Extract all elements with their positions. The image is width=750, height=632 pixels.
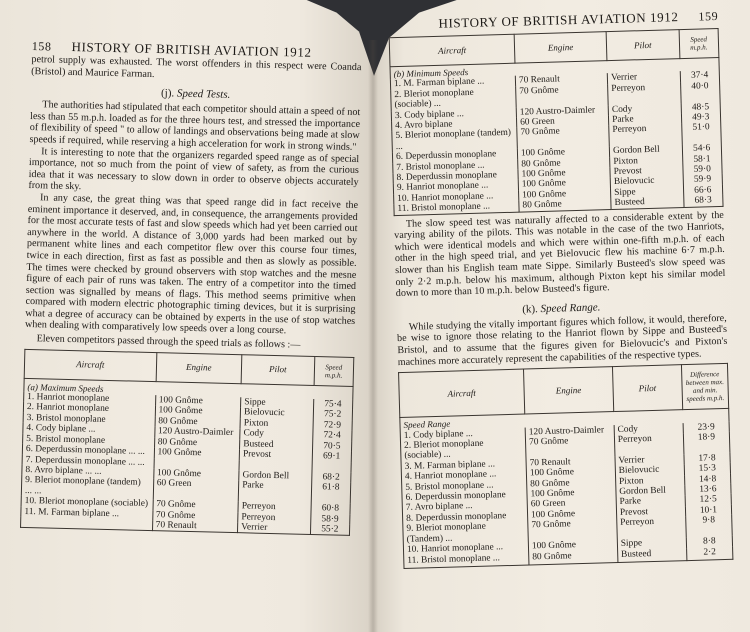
right-page: HISTORY OF BRITISH AVIATION 1912 159 Air… — [374, 0, 750, 632]
cell-engine: 70 Renault — [152, 520, 238, 533]
col-header-engine: Engine — [514, 32, 607, 64]
page-number-right: 159 — [698, 9, 718, 25]
paragraph: It is interesting to note that the organ… — [28, 146, 359, 200]
cell-pilot: Parke — [238, 480, 311, 503]
cell-aircraft: 11. Bristol monoplane ... — [394, 201, 519, 215]
cell-engine: 80 Gnôme — [519, 198, 611, 211]
col-header-engine: Engine — [524, 367, 614, 414]
section-prefix: (j). — [161, 87, 174, 99]
col-header-engine: Engine — [156, 352, 242, 383]
cell-speed: 40·0 — [680, 81, 720, 103]
paragraph: The authorities had stipulated that each… — [29, 99, 360, 153]
maximum-speeds-table: Aircraft Engine Pilot Speed m.p.h. (a) M… — [20, 349, 354, 537]
cell-pilot: Busteed — [611, 196, 684, 209]
cell-aircraft: 11. Bristol monoplane ... — [404, 552, 529, 568]
cell-difference: 9·8 — [686, 515, 733, 537]
section-title: Speed Tests. — [177, 88, 231, 101]
paragraph: The slow speed test was naturally affect… — [394, 210, 726, 300]
cell-pilot: Perreyon — [617, 516, 687, 539]
cell-engine: 60 Green — [153, 478, 239, 501]
section-title: Speed Range. — [540, 301, 600, 315]
cell-speed: 68·3 — [683, 195, 723, 207]
cell-difference: 18·9 — [683, 432, 730, 454]
col-header-aircraft: Aircraft — [399, 369, 525, 417]
cell-engine: 80 Gnôme — [529, 550, 618, 565]
paragraph: In any case, the great thing was that sp… — [25, 192, 358, 339]
col-header-pilot: Pilot — [612, 365, 682, 412]
col-header-speed: Speed m.p.h. — [314, 356, 354, 386]
page-number-left: 158 — [32, 39, 52, 54]
speed-range-table: Aircraft Engine Pilot Difference between… — [398, 363, 733, 569]
col-header-aircraft: Aircraft — [389, 34, 515, 66]
cell-pilot: Perreyon — [608, 82, 681, 105]
col-header-pilot: Pilot — [606, 30, 679, 61]
cell-engine: 70 Gnôme — [516, 84, 609, 107]
left-page-content: 158 HISTORY OF BRITISH AVIATION 1912 pet… — [20, 38, 362, 536]
cell-speed: 61·8 — [311, 482, 351, 504]
cell-difference: 2·2 — [686, 546, 732, 560]
cell-pilot: Busteed — [617, 548, 686, 563]
col-header-pilot: Pilot — [241, 354, 314, 385]
col-header-speed: Speed m.p.h. — [679, 29, 719, 59]
left-page: 158 HISTORY OF BRITISH AVIATION 1912 pet… — [0, 0, 374, 632]
cell-engine: 70 Gnôme — [525, 435, 614, 458]
col-header-aircraft: Aircraft — [24, 349, 156, 381]
paragraph: While studying the vitally important fig… — [397, 313, 728, 369]
section-prefix: (k). — [522, 303, 538, 315]
cell-engine: 70 Gnôme — [528, 518, 617, 541]
book-gutter — [368, 40, 378, 632]
cell-pilot: Verrier — [238, 522, 311, 535]
cell-aircraft — [21, 517, 153, 531]
cell-pilot: Perreyon — [614, 433, 684, 456]
cell-speed: 55·2 — [310, 524, 350, 536]
col-header-difference: Difference between max. and min. speeds … — [681, 364, 728, 410]
right-page-content: HISTORY OF BRITISH AVIATION 1912 159 Air… — [388, 8, 733, 569]
cell-engine: 70 Gnôme — [517, 126, 610, 149]
book-spread: 158 HISTORY OF BRITISH AVIATION 1912 pet… — [0, 0, 750, 632]
cell-speed: 51·0 — [681, 122, 721, 144]
cell-engine: 100 Gnôme — [154, 447, 240, 459]
minimum-speeds-table: Aircraft Engine Pilot Speed m.p.h. (b) M… — [389, 28, 724, 216]
cell-pilot: Perreyon — [609, 124, 682, 147]
